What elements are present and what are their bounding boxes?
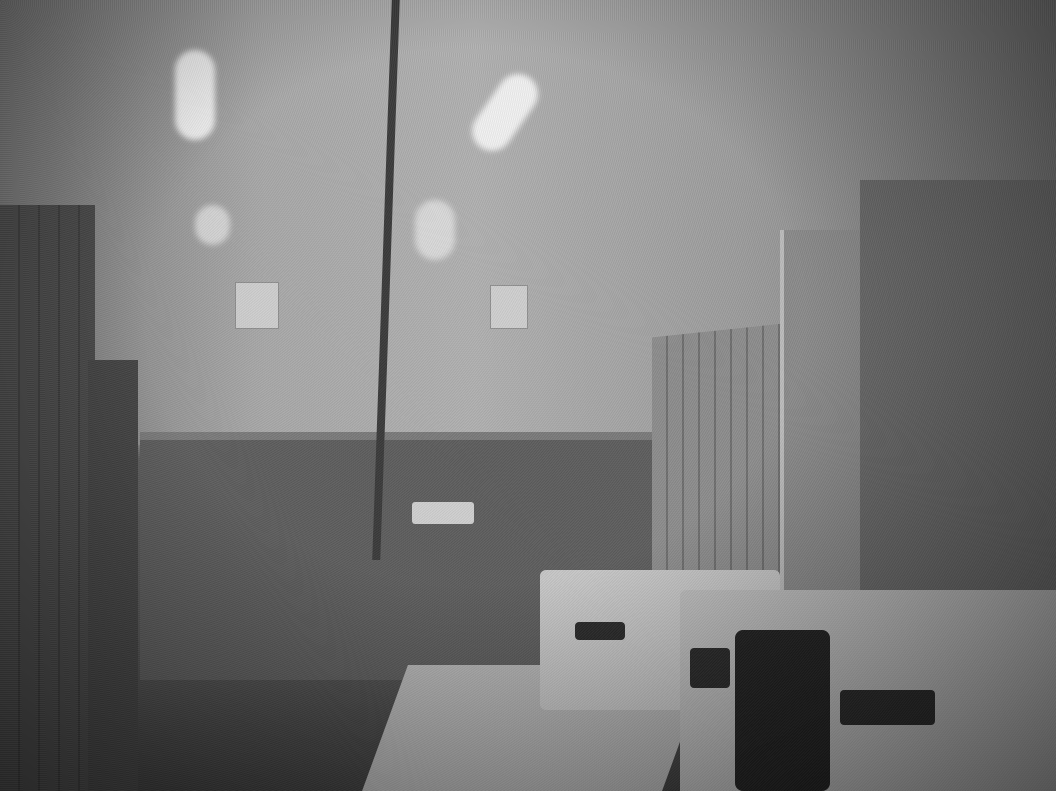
vignette	[0, 0, 1056, 791]
restroom-photo	[0, 0, 1056, 791]
